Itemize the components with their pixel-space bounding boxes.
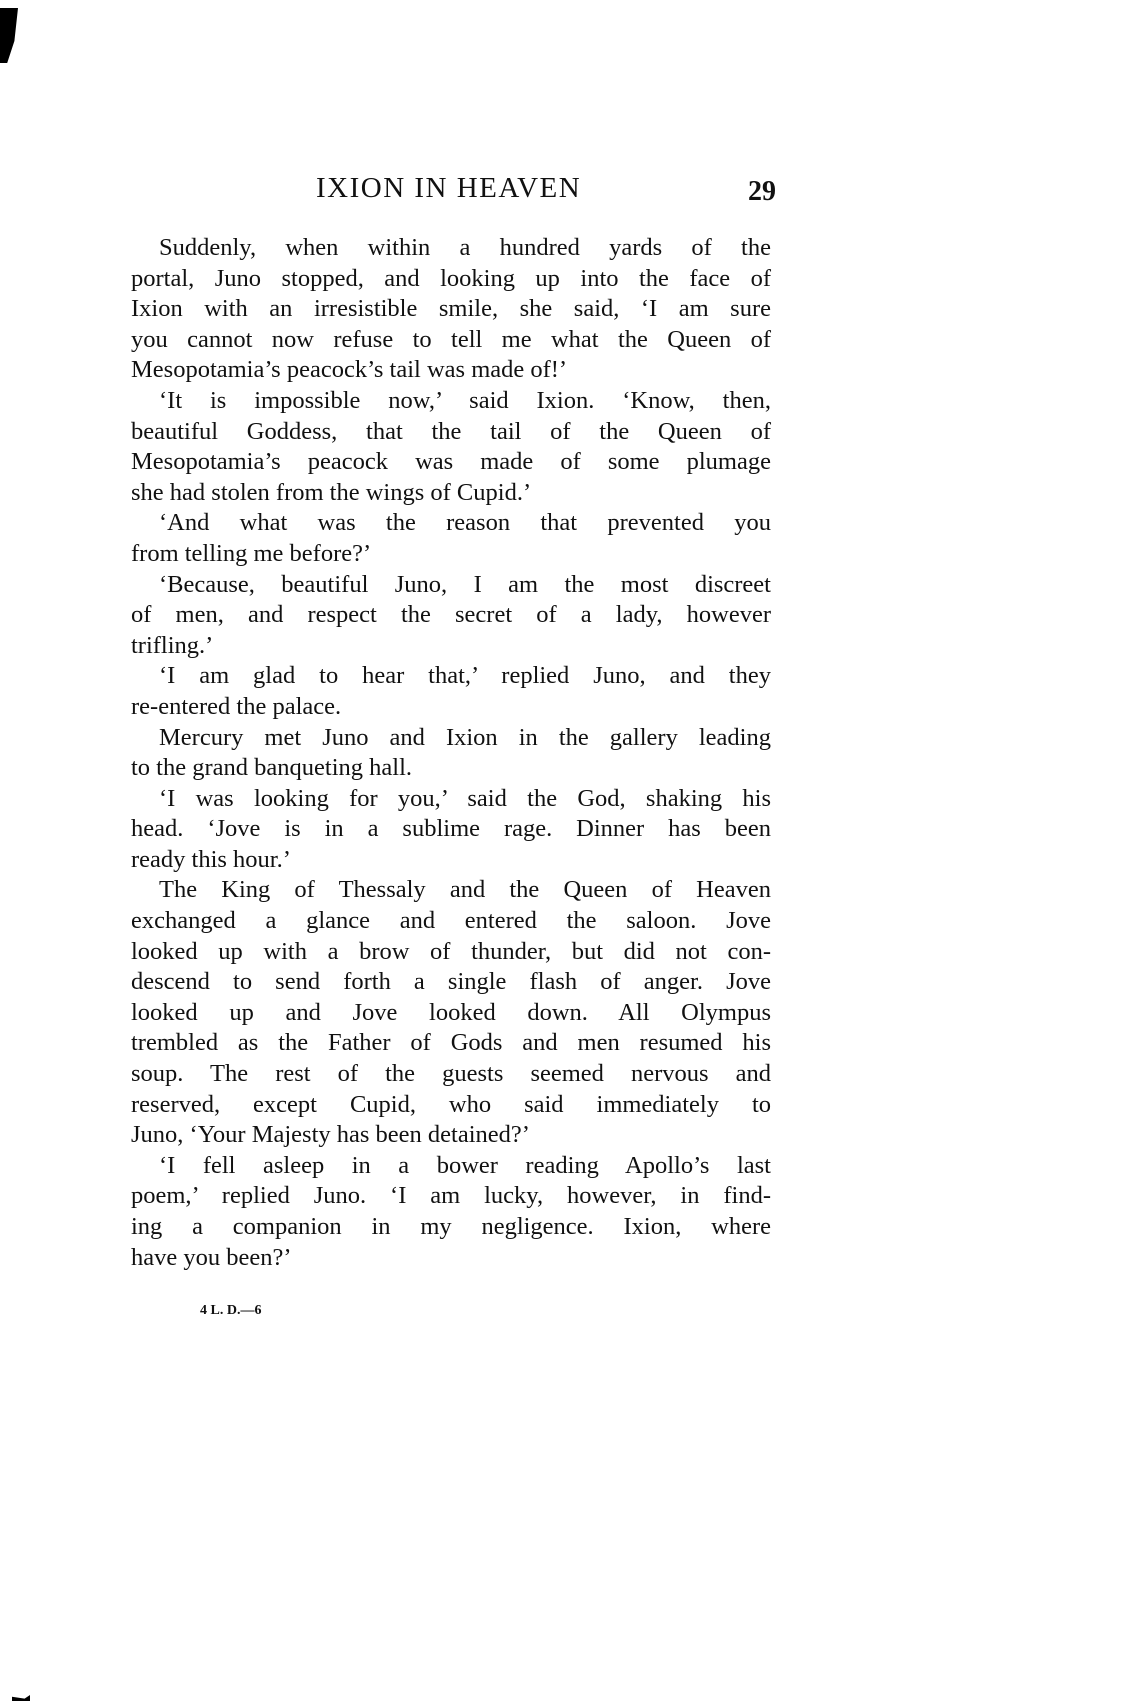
page-header: IXION IN HEAVEN 29 — [130, 172, 776, 212]
text-line: ‘And what was the reason that prevented … — [131, 508, 771, 539]
text-line: reserved, except Cupid, who said immedia… — [103, 1090, 771, 1121]
paragraph: ‘It is impossible now,’ said Ixion. ‘Kno… — [131, 386, 771, 508]
text-line: Mercury met Juno and Ixion in the galler… — [131, 723, 771, 754]
text-line: portal, Juno stopped, and looking up int… — [103, 264, 771, 295]
scan-smudge-bottom — [12, 1695, 30, 1701]
text-line: of men, and respect the secret of a lady… — [103, 600, 771, 631]
text-line: looked up with a brow of thunder, but di… — [103, 937, 771, 968]
running-title: IXION IN HEAVEN — [316, 172, 581, 205]
text-line: soup. The rest of the guests seemed nerv… — [103, 1059, 771, 1090]
text-line: Juno, ‘Your Majesty has been detained?’ — [103, 1120, 771, 1151]
text-line: to the grand banqueting hall. — [103, 753, 771, 784]
text-line: Ixion with an irresistible smile, she sa… — [103, 294, 771, 325]
text-line: descend to send forth a single flash of … — [103, 967, 771, 998]
text-line: Mesopotamia’s peacock was made of some p… — [103, 447, 771, 478]
text-line: trembled as the Father of Gods and men r… — [103, 1028, 771, 1059]
text-line: you cannot now refuse to tell me what th… — [103, 325, 771, 356]
scan-smudge-top — [0, 8, 18, 63]
page-number: 29 — [748, 176, 776, 208]
text-line: ‘I was looking for you,’ said the God, s… — [131, 784, 771, 815]
text-line: Suddenly, when within a hundred yards of… — [131, 233, 771, 264]
text-line: The King of Thessaly and the Queen of He… — [131, 875, 771, 906]
text-line: from telling me before?’ — [103, 539, 771, 570]
paragraph: ‘Because, beautiful Juno, I am the most … — [131, 570, 771, 662]
text-line: exchanged a glance and entered the saloo… — [103, 906, 771, 937]
text-line: trifling.’ — [103, 631, 771, 662]
text-line: have you been?’ — [103, 1243, 771, 1274]
paragraph: ‘I am glad to hear that,’ replied Juno, … — [131, 661, 771, 722]
text-line: ‘Because, beautiful Juno, I am the most … — [131, 570, 771, 601]
text-line: ‘I fell asleep in a bower reading Apollo… — [131, 1151, 771, 1182]
text-line: ready this hour.’ — [103, 845, 771, 876]
text-line: re-entered the palace. — [103, 692, 771, 723]
text-line: looked up and Jove looked down. All Olym… — [103, 998, 771, 1029]
text-line: poem,’ replied Juno. ‘I am lucky, howeve… — [103, 1181, 771, 1212]
text-line: ‘I am glad to hear that,’ replied Juno, … — [131, 661, 771, 692]
printer-signature: 4 L. D.—6 — [200, 1303, 261, 1319]
text-line: ing a companion in my negligence. Ixion,… — [103, 1212, 771, 1243]
paragraph: ‘I was looking for you,’ said the God, s… — [131, 784, 771, 876]
paragraph: The King of Thessaly and the Queen of He… — [131, 875, 771, 1150]
paragraph: Suddenly, when within a hundred yards of… — [131, 233, 771, 386]
text-line: Mesopotamia’s peacock’s tail was made of… — [103, 355, 771, 386]
paragraph: ‘And what was the reason that prevented … — [131, 508, 771, 569]
paragraph: Mercury met Juno and Ixion in the galler… — [131, 723, 771, 784]
body-text: Suddenly, when within a hundred yards of… — [131, 233, 771, 1273]
text-line: beautiful Goddess, that the tail of the … — [103, 417, 771, 448]
paragraph: ‘I fell asleep in a bower reading Apollo… — [131, 1151, 771, 1273]
text-line: she had stolen from the wings of Cupid.’ — [103, 478, 771, 509]
book-page: IXION IN HEAVEN 29 Suddenly, when within… — [0, 0, 1147, 1708]
text-line: head. ‘Jove is in a sublime rage. Dinner… — [103, 814, 771, 845]
text-line: ‘It is impossible now,’ said Ixion. ‘Kno… — [131, 386, 771, 417]
